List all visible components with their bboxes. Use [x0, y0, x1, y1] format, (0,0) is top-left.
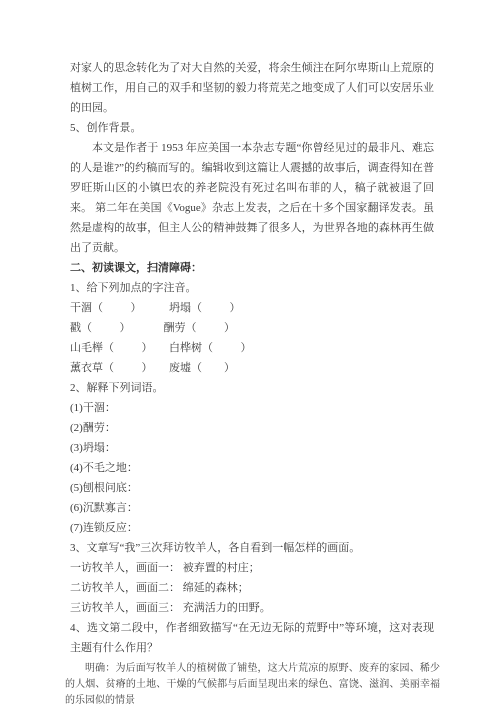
definition-item-6: (6)沉默寡言：: [70, 498, 434, 518]
section5-heading: 5、创作背景。: [70, 118, 434, 138]
section2-heading: 二、初读课文，扫清障碍：: [70, 258, 434, 278]
q4-label: 4、选文第二段中，作者细致描写“在无边无际的荒野中”等环境，这对表现主题有什么作…: [70, 618, 434, 658]
q4-answer: 明确：为后面写牧羊人的植树做了铺垫，这大片荒凉的原野、废弃的家园、稀少的人烟、贫…: [65, 661, 440, 707]
pinyin-row-3: 山毛榉（ ） 白桦树（ ）: [70, 338, 434, 358]
section5-paragraph: 本文是作者于 1953 年应美国一本杂志专题“你曾经见过的最非凡、难忘的人是谁?…: [70, 138, 434, 258]
definition-item-4: (4)不毛之地：: [70, 458, 434, 478]
q3-item-3: 三访牧羊人，画面三： 充满活力的田野。: [70, 598, 434, 618]
definition-item-1: (1)干涸：: [70, 398, 434, 418]
q1-label: 1、给下列加点的字注音。: [70, 278, 434, 298]
paragraph-continuation: 对家人的思念转化为了对大自然的关爱，将余生倾注在阿尔卑斯山上荒原的植树工作，用自…: [70, 58, 434, 118]
document-page: 对家人的思念转化为了对大自然的关爱，将余生倾注在阿尔卑斯山上荒原的植树工作，用自…: [0, 0, 500, 707]
definition-item-7: (7)连锁反应：: [70, 518, 434, 538]
q3-item-2: 二访牧羊人，画面二： 绵延的森林；: [70, 578, 434, 598]
definition-item-3: (3)坍塌：: [70, 438, 434, 458]
definition-item-2: (2)酬劳：: [70, 418, 434, 438]
pinyin-row-1: 干涸（ ） 坍塌（ ）: [70, 298, 434, 318]
pinyin-row-4: 薰衣草（ ） 废墟（ ）: [70, 358, 434, 378]
pinyin-row-2: 戳（ ） 酬劳（ ）: [70, 318, 434, 338]
definition-item-5: (5)刨根问底：: [70, 478, 434, 498]
q2-label: 2、解释下列词语。: [70, 378, 434, 398]
q3-label: 3、文章写“我”三次拜访牧羊人，各自看到一幅怎样的画面。: [70, 538, 434, 558]
q3-item-1: 一访牧羊人，画面一： 被弃置的村庄；: [70, 558, 434, 578]
